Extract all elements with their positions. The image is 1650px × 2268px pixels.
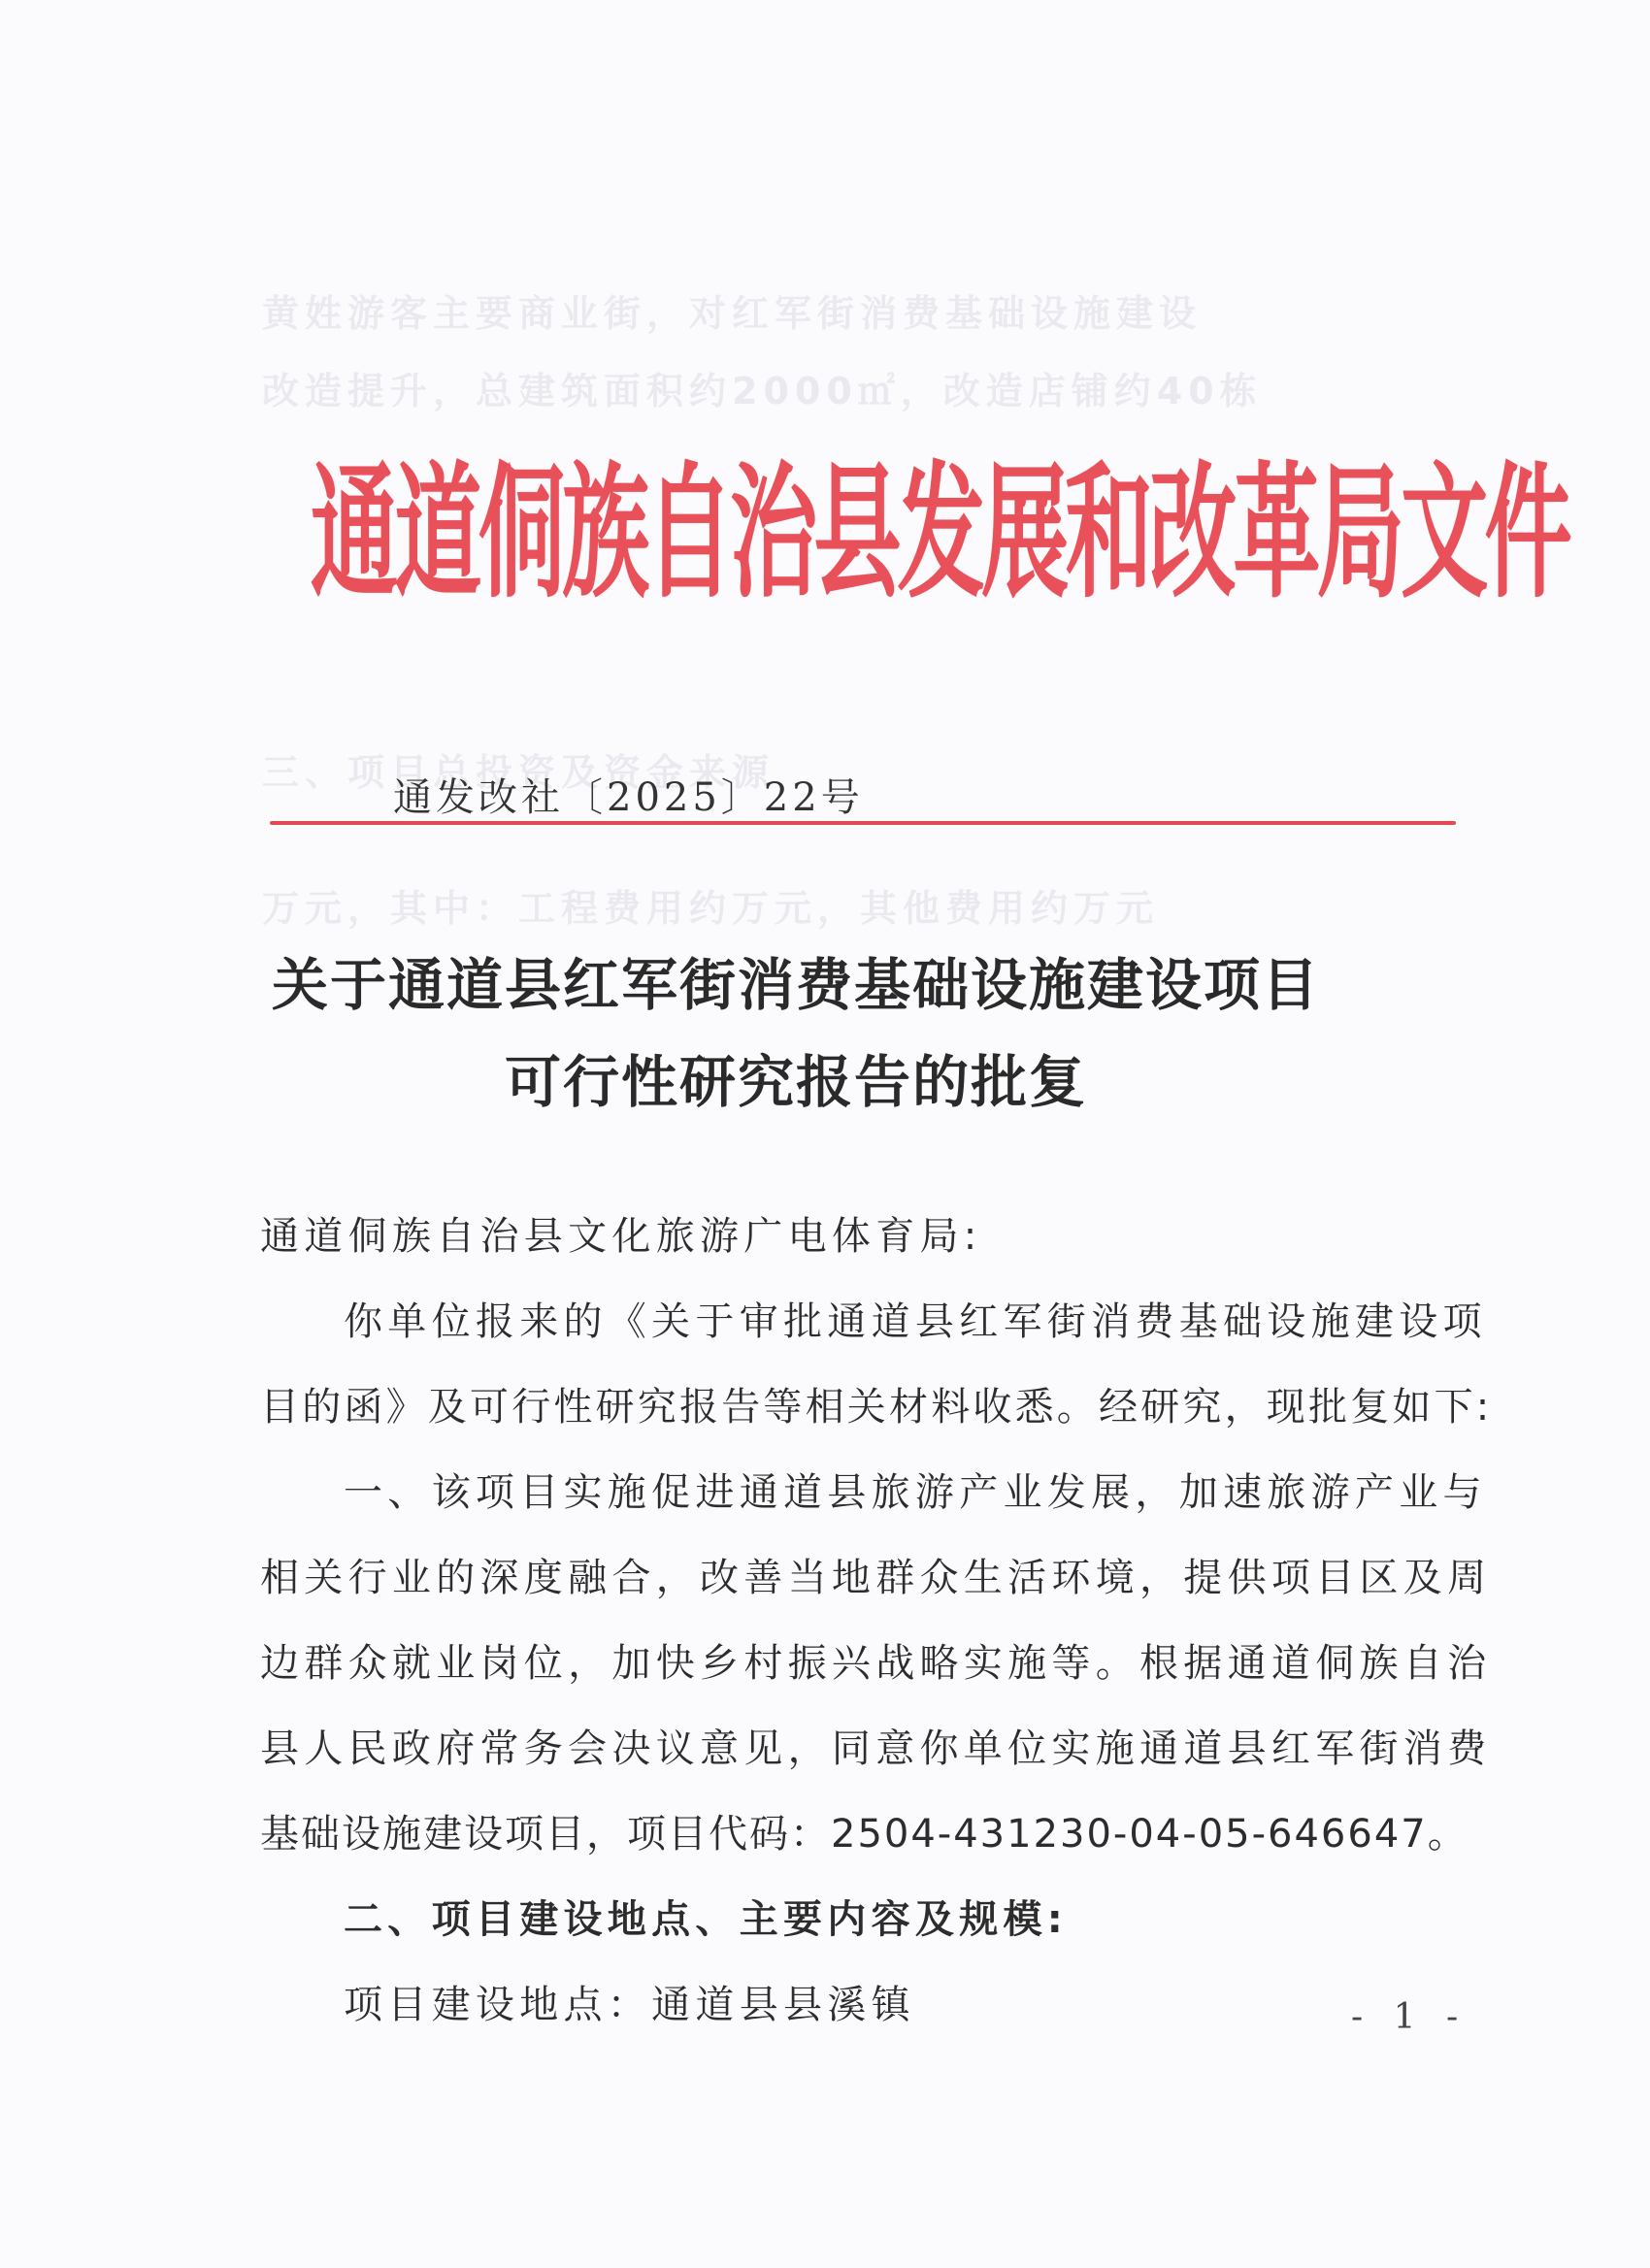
show-through-text: 黄姓游客主要商业街，对红军街消费基础设施建设 [262, 283, 1475, 337]
body-paragraph-line-project-code: 基础设施建设项目，项目代码：2504-431230-04-05-646647。 [260, 1803, 1464, 1858]
issuer-red-header: 通道侗族自治县发展和改革局文件 [311, 448, 986, 618]
show-through-text: 万元，其中：工程费用约万元，其他费用约万元 [262, 878, 1475, 932]
body-paragraph-line: 相关行业的深度融合，改善当地群众生活环境，提供项目区及周 [260, 1547, 1464, 1602]
body-paragraph-line: 县人民政府常务会决议意见，同意你单位实施通道县红军街消费 [260, 1718, 1464, 1773]
document-title-line-1: 关于通道县红军街消费基础设施建设项目 [0, 939, 1621, 1021]
document-title-line-2: 可行性研究报告的批复 [0, 1036, 1621, 1118]
show-through-text: 改造提升，总建筑面积约2000㎡，改造店铺约40栋 [262, 361, 1475, 414]
document-number: 通发改社〔2025〕22号 [393, 767, 864, 822]
body-paragraph-line: 目的函》及可行性研究报告等相关材料收悉。经研究，现批复如下: [260, 1376, 1464, 1431]
body-paragraph-line: 边群众就业岗位，加快乡村振兴战略实施等。根据通道侗族自治 [260, 1632, 1464, 1688]
page-number: - 1 - [1351, 1997, 1468, 2037]
red-divider-line [270, 821, 1456, 825]
section-heading-2: 二、项目建设地点、主要内容及规模: [344, 1889, 1547, 1944]
body-paragraph-line: 一、该项目实施促进通道县旅游产业发展，加速旅游产业与 [344, 1462, 1547, 1517]
body-paragraph-line: 你单位报来的《关于审批通道县红军街消费基础设施建设项 [344, 1291, 1547, 1346]
recipient: 通道侗族自治县文化旅游广电体育局: [260, 1205, 1464, 1261]
